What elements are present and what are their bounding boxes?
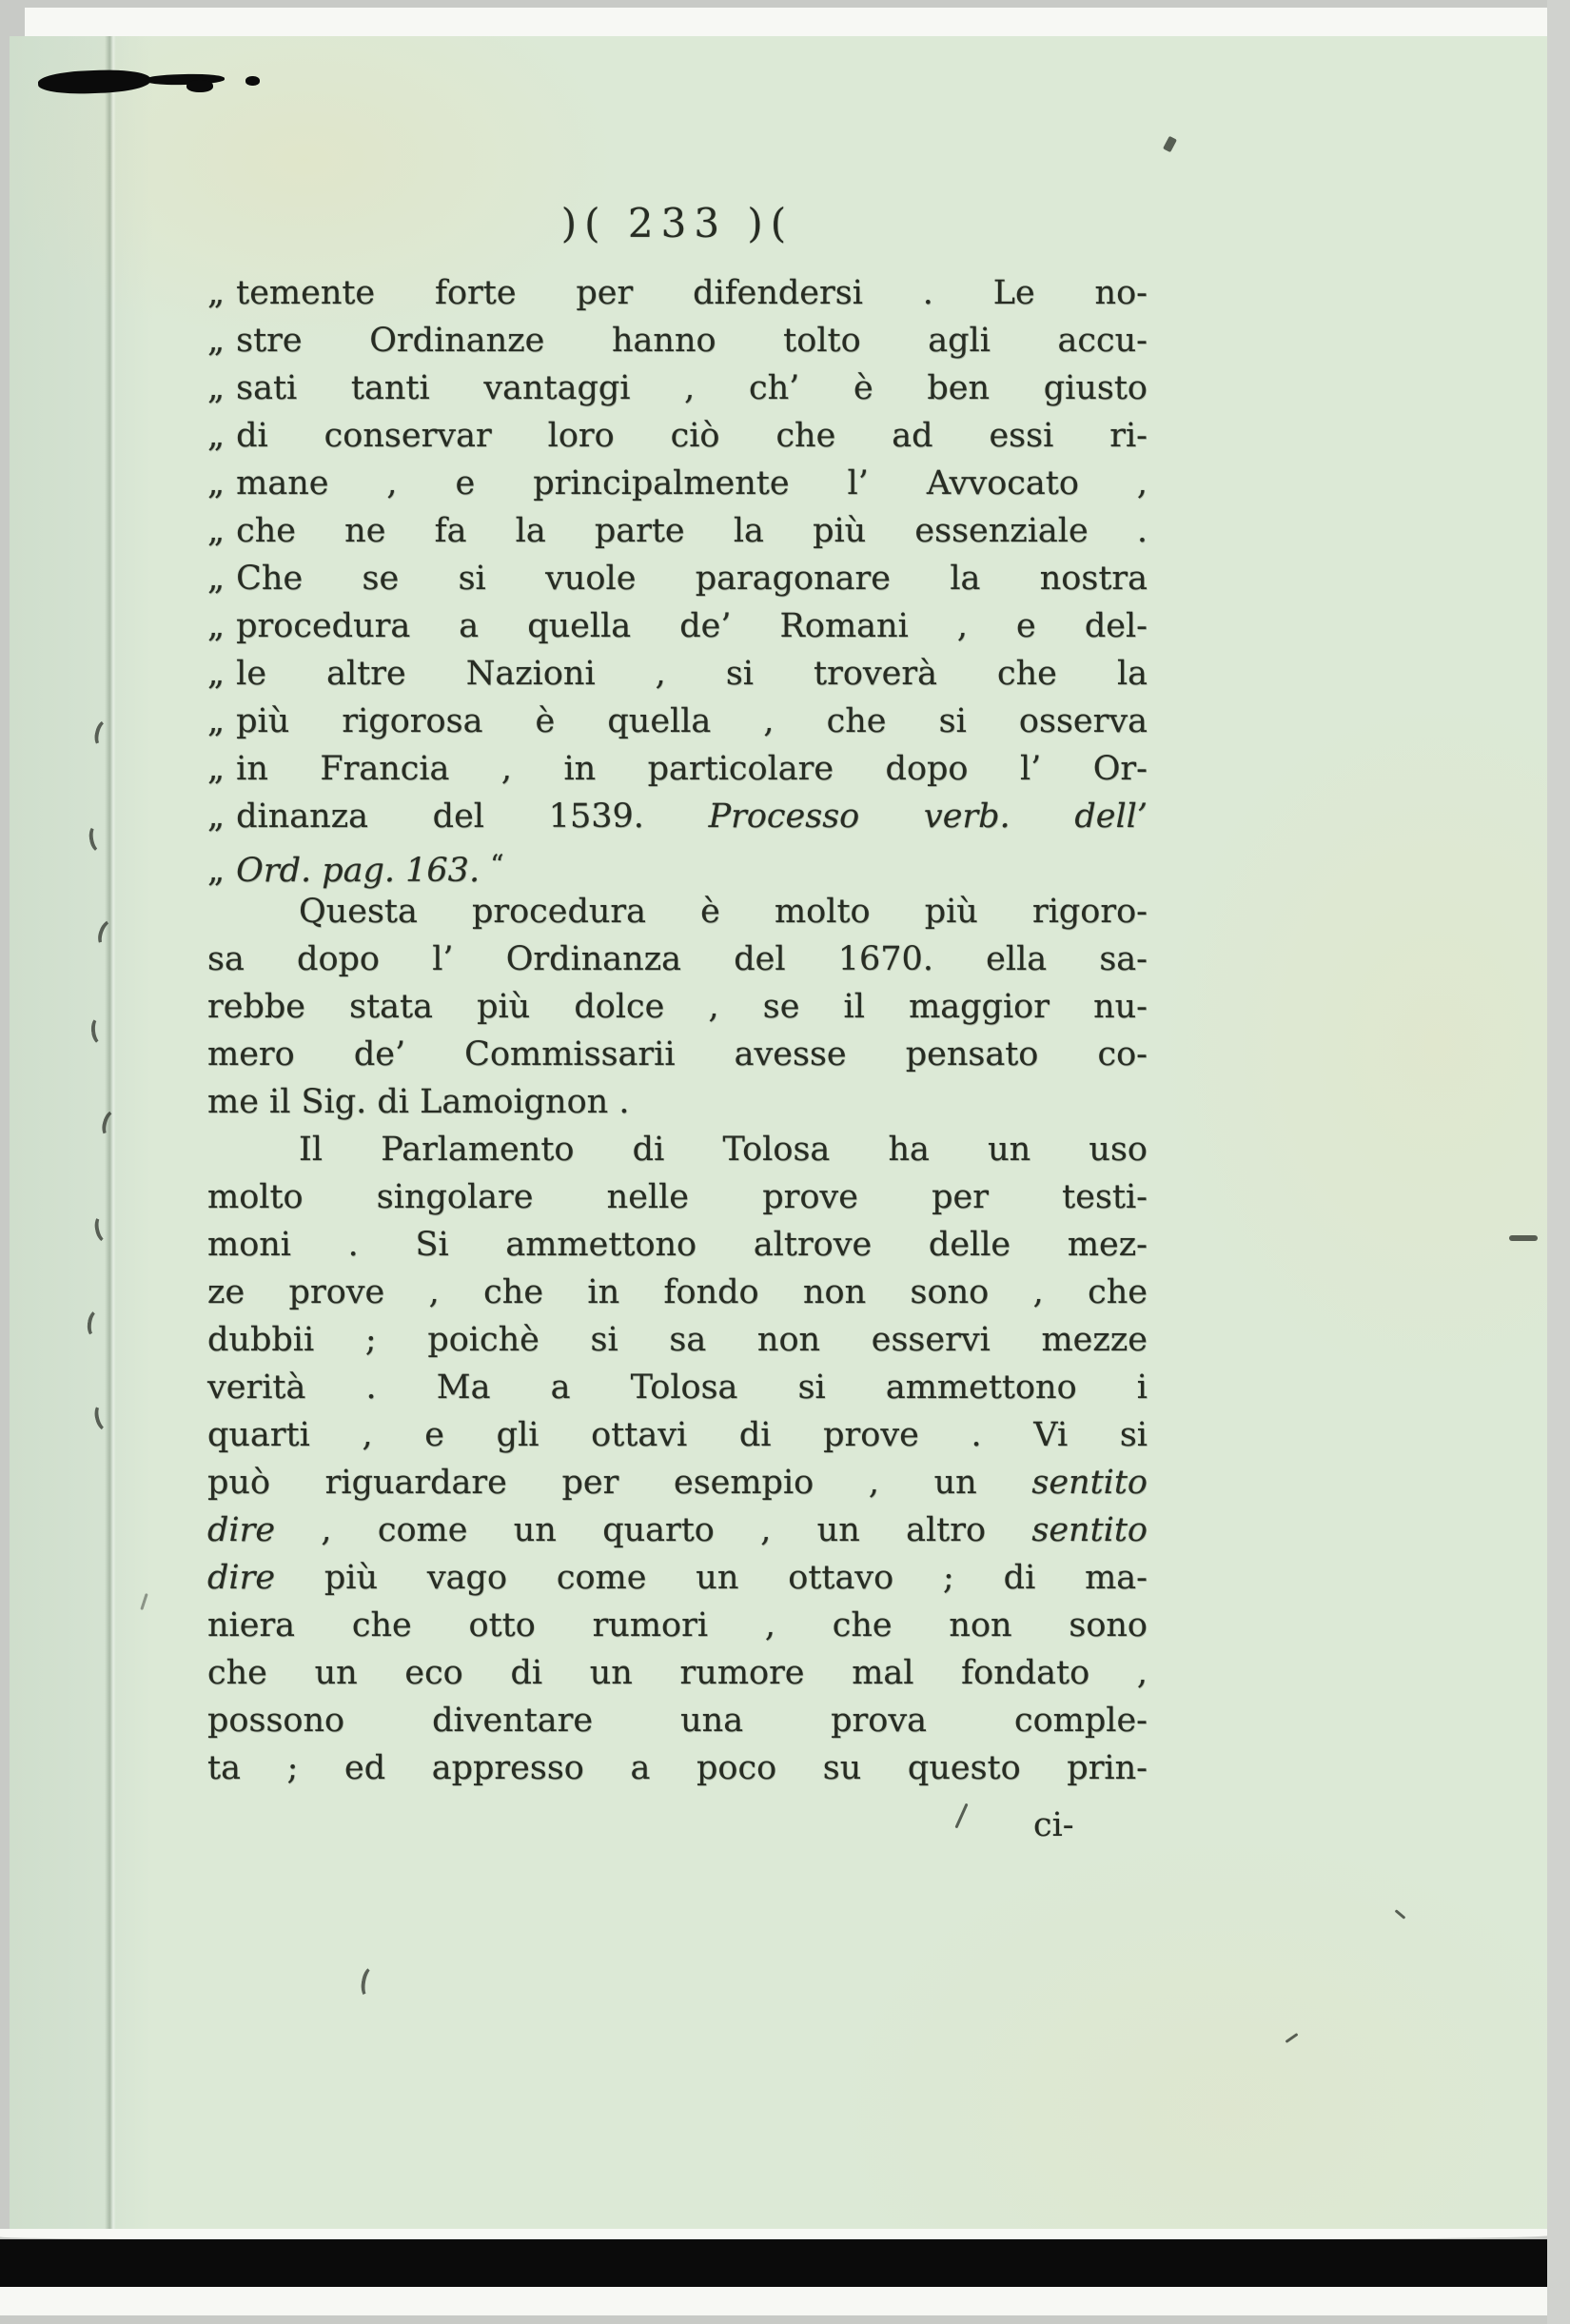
quote-mark: „ <box>207 798 225 836</box>
quote-mark: „ <box>207 750 225 788</box>
quote-mark: „ <box>207 464 225 502</box>
binding-shadow-mark <box>245 76 260 86</box>
binding-shadow-mark <box>186 80 213 92</box>
book-page: )( 233 )( „temente forte per difendersi … <box>10 36 1547 2235</box>
scan-edge-bottom-black <box>0 2239 1547 2287</box>
body-text: le altre Nazioni , si troverà che la <box>236 655 1148 693</box>
text-line: quarti , e gli ottavi di prove . Vi si <box>207 1412 1148 1460</box>
text-line: „procedura a quella de’ Romani , e del- <box>207 603 1148 651</box>
ink-speck <box>1285 2033 1298 2043</box>
binding-shadow-mark <box>38 69 151 95</box>
text-line: rebbe stata più dolce , se il maggior nu… <box>207 984 1148 1032</box>
body-text: sa dopo l’ Ordinanza del 1670. ella sa- <box>207 940 1148 978</box>
quote-mark: „ <box>207 369 225 407</box>
page-number: )( 233 )( <box>207 200 1148 246</box>
text-line: „Che se si vuole paragonare la nostra <box>207 556 1148 603</box>
quote-mark: „ <box>207 417 225 455</box>
margin-dash-mark <box>1509 1235 1538 1241</box>
text-line: Questa procedura è molto più rigoro- <box>207 889 1148 936</box>
scan-edge-bottom-white <box>0 2287 1547 2315</box>
text-line: „di conservar loro ciò che ad essi ri- <box>207 413 1148 461</box>
body-text: dinanza del 1539. <box>236 798 708 836</box>
scanned-book-page: )( 233 )( „temente forte per difendersi … <box>0 0 1570 2324</box>
body-text: in Francia , in particolare dopo l’ Or- <box>236 750 1148 788</box>
body-text: può riguardare per esempio , un <box>207 1464 1031 1502</box>
italic-text: Ord. pag. 163. <box>236 852 490 890</box>
scan-edge-right <box>1547 0 1570 2324</box>
italic-text: sentito <box>1031 1464 1148 1502</box>
quote-mark: „ <box>207 274 225 312</box>
body-text: più rigorosa è quella , che si osserva <box>236 702 1148 740</box>
body-text: ze prove , che in fondo non sono , che <box>207 1273 1148 1311</box>
text-line: può riguardare per esempio , un sentito <box>207 1460 1148 1507</box>
text-line: dire più vago come un ottavo ; di ma- <box>207 1555 1148 1603</box>
catchword: ci- <box>1033 1806 1074 1844</box>
italic-text: Processo verb. dell’ <box>709 798 1148 836</box>
gutter-ink-mark <box>94 917 120 950</box>
text-line: ze prove , che in fondo non sono , che <box>207 1270 1148 1317</box>
body-text: me il Sig. di Lamoignon . <box>207 1083 629 1121</box>
body-text: quarti , e gli ottavi di prove . Vi si <box>207 1416 1148 1454</box>
body-text: niera che otto rumori , che non sono <box>207 1606 1148 1645</box>
body-text: più vago come un ottavo ; di ma- <box>275 1559 1148 1597</box>
text-line: „che ne fa la parte la più essenziale . <box>207 508 1148 556</box>
gutter-ink-mark <box>99 1108 124 1140</box>
body-text: “ <box>490 849 503 880</box>
body-text: stre Ordinanze hanno tolto agli accu- <box>236 322 1148 360</box>
text-line: me il Sig. di Lamoignon . <box>207 1079 1148 1127</box>
quote-mark: „ <box>207 655 225 693</box>
text-line: dire , come un quarto , un altro sentito <box>207 1507 1148 1555</box>
text-line: „temente forte per difendersi . Le no- <box>207 270 1148 318</box>
quote-mark: „ <box>207 512 225 550</box>
page-text: „temente forte per difendersi . Le no-„s… <box>207 270 1148 1793</box>
body-text: possono diventare una prova comple- <box>207 1702 1148 1740</box>
body-text: che ne fa la parte la più essenziale . <box>236 512 1148 550</box>
quote-mark: „ <box>207 702 225 740</box>
text-line: molto singolare nelle prove per testi- <box>207 1174 1148 1222</box>
text-line: moni . Si ammettono altrove delle mez- <box>207 1222 1148 1270</box>
text-line: niera che otto rumori , che non sono <box>207 1603 1148 1650</box>
text-line: sa dopo l’ Ordinanza del 1670. ella sa- <box>207 936 1148 984</box>
text-line: „stre Ordinanze hanno tolto agli accu- <box>207 318 1148 365</box>
body-text: , come un quarto , un altro <box>275 1511 1031 1549</box>
body-text: mero de’ Commissarii avesse pensato co- <box>207 1035 1148 1073</box>
text-line: „sati tanti vantaggi , ch’ è ben giusto <box>207 365 1148 413</box>
body-text: sati tanti vantaggi , ch’ è ben giusto <box>236 369 1148 407</box>
ink-speck <box>140 1593 147 1610</box>
body-text: procedura a quella de’ Romani , e del- <box>236 607 1148 645</box>
text-line: „Ord. pag. 163. “ <box>207 841 1148 889</box>
text-line: dubbii ; poichè si sa non esservi mezze <box>207 1317 1148 1365</box>
quote-mark: „ <box>207 560 225 598</box>
stray-pen-mark <box>359 1965 382 2000</box>
text-line: „le altre Nazioni , si troverà che la <box>207 651 1148 699</box>
body-text: dubbii ; poichè si sa non esservi mezze <box>207 1321 1148 1359</box>
quote-mark: „ <box>207 322 225 360</box>
italic-text: sentito <box>1031 1511 1148 1549</box>
body-text: Che se si vuole paragonare la nostra <box>236 560 1148 598</box>
text-line: ta ; ed appresso a poco su questo prin- <box>207 1745 1148 1793</box>
body-text: Questa procedura è molto più rigoro- <box>299 893 1148 931</box>
body-text: ta ; ed appresso a poco su questo prin- <box>207 1749 1148 1787</box>
italic-text: dire <box>207 1511 275 1549</box>
text-line: Il Parlamento di Tolosa ha un uso <box>207 1127 1148 1174</box>
text-line: „dinanza del 1539. Processo verb. dell’ <box>207 794 1148 841</box>
ink-speck <box>954 1803 968 1829</box>
body-text: mane , e principalmente l’ Avvocato , <box>236 464 1148 502</box>
gutter-ink-mark <box>86 1309 107 1339</box>
body-text: Il Parlamento di Tolosa ha un uso <box>299 1131 1148 1169</box>
body-text: temente forte per difendersi . Le no- <box>236 274 1148 312</box>
text-line: mero de’ Commissarii avesse pensato co- <box>207 1032 1148 1079</box>
ink-speck <box>1163 136 1177 152</box>
quote-mark: „ <box>207 607 225 645</box>
text-line: „in Francia , in particolare dopo l’ Or- <box>207 746 1148 794</box>
quote-mark: „ <box>207 852 225 890</box>
text-line: possono diventare una prova comple- <box>207 1698 1148 1745</box>
body-text: rebbe stata più dolce , se il maggior nu… <box>207 988 1148 1026</box>
body-text: verità . Ma a Tolosa si ammettono i <box>207 1369 1148 1407</box>
text-line: che un eco di un rumore mal fondato , <box>207 1650 1148 1698</box>
scan-edge-top <box>25 8 1570 36</box>
italic-text: dire <box>207 1559 275 1597</box>
text-line: verità . Ma a Tolosa si ammettono i <box>207 1365 1148 1412</box>
body-text: che un eco di un rumore mal fondato , <box>207 1654 1148 1692</box>
body-text: molto singolare nelle prove per testi- <box>207 1178 1148 1216</box>
body-text: di conservar loro ciò che ad essi ri- <box>236 417 1148 455</box>
body-text: moni . Si ammettono altrove delle mez- <box>207 1226 1148 1264</box>
ink-speck <box>1395 1909 1406 1920</box>
text-line: „più rigorosa è quella , che si osserva <box>207 699 1148 746</box>
text-line: „mane , e principalmente l’ Avvocato , <box>207 461 1148 508</box>
